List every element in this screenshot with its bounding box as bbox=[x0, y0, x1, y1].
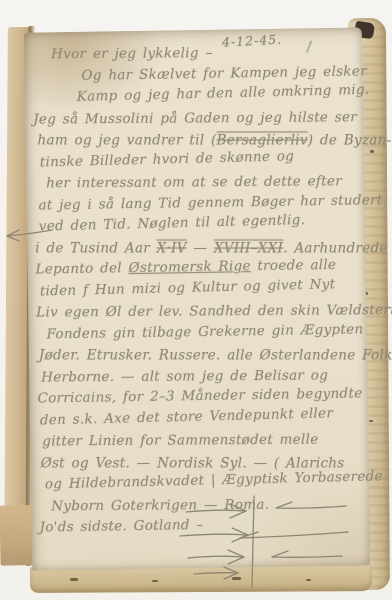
handwriting-segment: Lepanto del bbox=[35, 260, 128, 277]
paper-speck bbox=[70, 578, 78, 581]
handwriting-line: i de Tusind Aar X·IV — XVIII–XXI. Aarhun… bbox=[35, 238, 357, 259]
clash-arrows-sketch bbox=[178, 494, 354, 592]
handwriting-segment: — bbox=[187, 240, 214, 256]
handwriting-line: gitter Linien for Sammenstødet melle bbox=[42, 429, 360, 453]
handwriting-segment: gitter Linien for Sammenstødet melle bbox=[42, 432, 318, 450]
handwriting-segment: Fondens gin tilbage Grekerne gin Ægypten bbox=[46, 321, 363, 342]
handwriting-segment: Østromersk Rige bbox=[128, 258, 251, 276]
scanned-notebook-photo: 4-12-45. Hvor er jeg lykkelig –Og har Sk… bbox=[0, 0, 392, 600]
paper-speck bbox=[370, 150, 374, 153]
handwriting-segment: Hvor er jeg lykkelig – bbox=[51, 45, 212, 62]
handwriting-line: Jeg så Mussolini på Gaden og jeg hilste … bbox=[33, 107, 355, 131]
handwriting-segment: tinske Billeder hvori de skønne og bbox=[40, 148, 295, 170]
handwriting-segment: ham og jeg vandrer til ( bbox=[38, 132, 217, 148]
handwriting-line: Liv egen Øl der lev. Sandhed den skin Væ… bbox=[36, 300, 358, 324]
handwriting-segment: Jeg så Mussolini på Gaden og jeg hilste … bbox=[33, 109, 357, 127]
handwriting-segment: ved den Tid. Nøglen til alt egentlig. bbox=[39, 212, 306, 235]
notebook-page: 4-12-45. Hvor er jeg lykkelig –Og har Sk… bbox=[24, 27, 370, 570]
handwriting-segment: her interessant om at se det dette efter bbox=[46, 173, 342, 191]
handwriting-line: Jøder. Etrusker. Russere. alle Østerland… bbox=[39, 345, 359, 367]
handwriting-segment: Herborne. — alt som jeg de Belisar og bbox=[41, 367, 328, 385]
margin-arrow-icon bbox=[0, 221, 54, 247]
handwriting-segment: Kamp og jeg har den alle omkring mig. bbox=[77, 82, 370, 105]
handwriting-segment: XVIII–XXI bbox=[214, 240, 283, 256]
handwriting-lines: Hvor er jeg lykkelig –Og har Skælvet for… bbox=[32, 40, 362, 539]
paper-speck bbox=[152, 580, 158, 582]
handwriting-segment: Liv egen Øl der lev. Sandhed den skin Væ… bbox=[36, 302, 392, 321]
handwriting-segment: X·IV bbox=[157, 240, 187, 256]
handwriting-segment: Jøder. Etrusker. Russere. alle Østerland… bbox=[39, 347, 392, 363]
handwriting-line: Herborne. — alt som jeg de Belisar og bbox=[41, 365, 359, 389]
handwriting-segment: . Aarhundrede i bbox=[283, 240, 392, 256]
handwriting-line: her interessant om at se det dette efter bbox=[46, 171, 356, 195]
handwriting-line: Hvor er jeg lykkelig – bbox=[51, 42, 354, 66]
paper-speck bbox=[369, 420, 373, 422]
